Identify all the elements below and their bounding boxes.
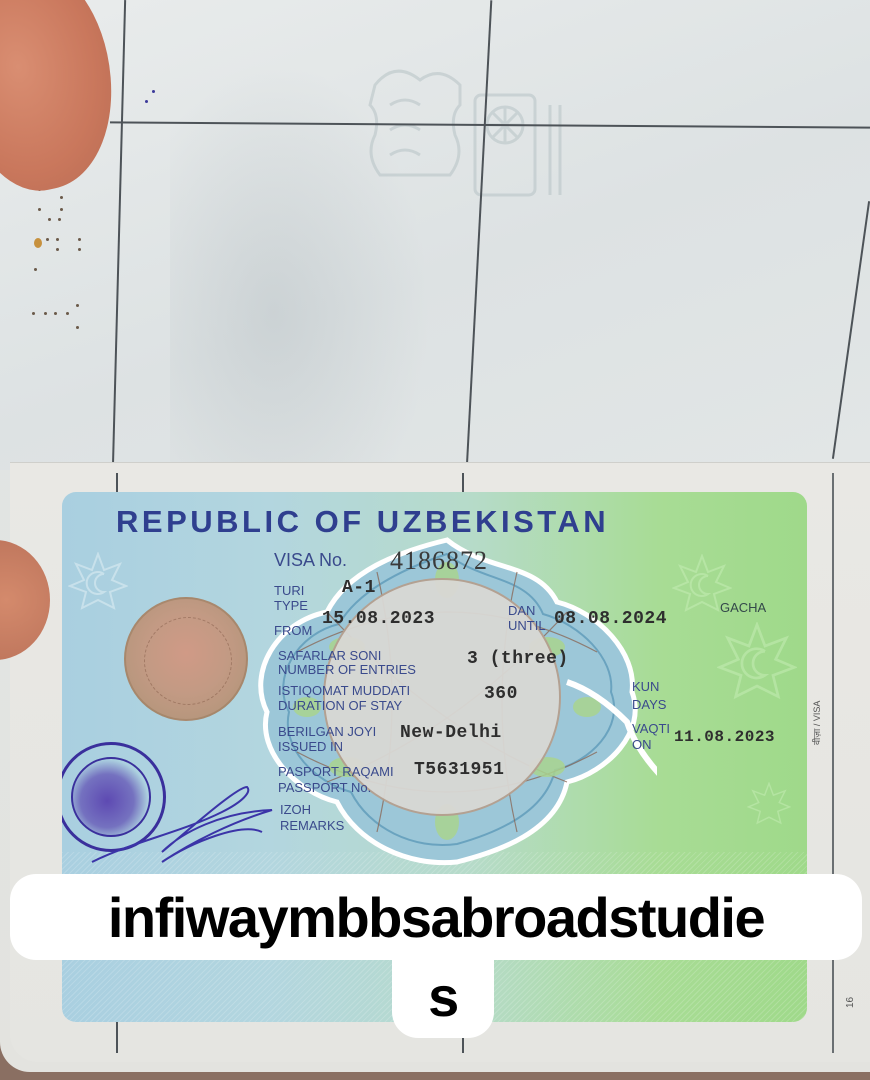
type-label-uz: TURI (274, 583, 304, 598)
remarks-label-en: REMARKS (280, 818, 344, 833)
until-date: 08.08.2024 (554, 609, 667, 629)
duration-of-stay: 360 (484, 684, 518, 704)
visa-type: A-1 (342, 578, 376, 598)
issued-in-label-en: ISSUED IN (278, 739, 343, 754)
entries-label-uz: SAFARLAR SONI (278, 648, 381, 663)
passport-upper-page (0, 0, 870, 470)
passport-label-en: PASSPORT No. (278, 780, 371, 795)
caption-overlay: infiwaymbbsabroadstudie (10, 874, 862, 960)
visa-title: REPUBLIC OF UZBEKISTAN (116, 504, 609, 540)
issued-on-label-en: ON (632, 737, 652, 752)
days-label-en: DAYS (632, 697, 666, 712)
visa-number: 4186872 (390, 546, 488, 576)
page-number: 16 (845, 997, 856, 1008)
until-label-en: UNTIL (508, 618, 546, 633)
gacha-label: GACHA (720, 600, 766, 615)
star-crescent-icon (68, 552, 128, 612)
type-label-en: TYPE (274, 598, 308, 613)
issued-on-date: 11.08.2023 (674, 728, 775, 746)
uzbekistan-hologram-seal (124, 597, 248, 721)
remarks-label-uz: IZOH (280, 802, 311, 817)
caption-line-2: s (428, 964, 458, 1029)
duration-label-en: DURATION OF STAY (278, 698, 402, 713)
star-crescent-icon (717, 622, 797, 702)
issued-on-label-uz: VAQTI (632, 721, 670, 736)
signature (72, 732, 292, 872)
star-crescent-icon (747, 782, 791, 826)
passport-number: T5631951 (414, 760, 504, 780)
ashoka-emblem-watermark-icon (335, 45, 585, 215)
duration-label-uz: ISTIQOMAT MUDDATI (278, 683, 410, 698)
from-date: 15.08.2023 (322, 609, 435, 629)
number-of-entries: 3 (three) (467, 649, 569, 669)
finger (0, 0, 132, 203)
from-label: FROM (274, 623, 312, 638)
passport-label-uz: PASPORT RAQAMI (278, 764, 394, 779)
issued-in: New-Delhi (400, 723, 502, 743)
visa-no-label: VISA No. (274, 553, 347, 568)
caption-overlay-tail: s (392, 950, 494, 1038)
until-label-uz: DAN (508, 603, 535, 618)
entries-label-en: NUMBER OF ENTRIES (278, 662, 416, 677)
caption-line-1: infiwaymbbsabroadstudie (108, 885, 764, 950)
issued-in-label-uz: BERILGAN JOYI (278, 724, 376, 739)
visa-page-label: वीज़ा / VISA (810, 701, 823, 745)
days-label-uz: KUN (632, 679, 659, 694)
